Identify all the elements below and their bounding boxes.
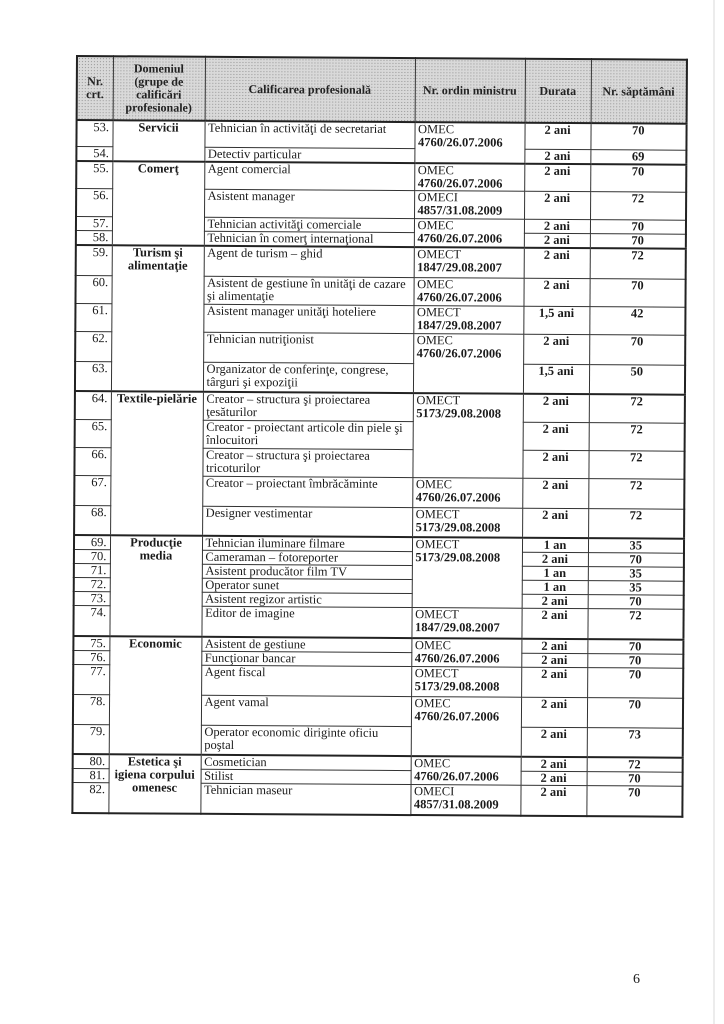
weeks-cell: 35: [588, 538, 684, 553]
order-number: 5173/29.08.2008: [416, 407, 519, 421]
weeks-cell: 72: [588, 478, 684, 509]
weeks-cell: 72: [590, 248, 686, 279]
duration-cell: 2 ani: [524, 191, 590, 219]
qualification-cell: Tehnician maseur: [200, 783, 410, 814]
order-number: 4760/26.07.2006: [417, 232, 520, 246]
row-number: 78.: [73, 694, 109, 724]
domain-cell: Textile-pielărie: [110, 391, 203, 536]
order-number: 5173/29.08.2008: [416, 521, 519, 535]
weeks-cell: 70: [589, 278, 685, 307]
order-cell: OMEC4760/26.07.2006: [411, 696, 521, 757]
domain-cell: Servicii: [112, 120, 204, 161]
duration-cell: 2 ani: [522, 552, 588, 566]
row-number: 59.: [76, 245, 112, 275]
order-cell: OMEC4760/26.07.2006: [412, 477, 522, 508]
order-number: 4760/26.07.2006: [417, 347, 520, 361]
order-cell: OMEC4760/26.07.2006: [413, 277, 523, 306]
weeks-cell: 70: [590, 220, 686, 235]
row-number: 66.: [74, 447, 110, 475]
row-number: 70.: [74, 549, 110, 563]
duration-cell: 2 ani: [522, 450, 588, 478]
order-number: 4760/26.07.2006: [417, 291, 520, 305]
weeks-cell: 70: [588, 595, 684, 610]
duration-cell: 1,5 ani: [523, 306, 589, 334]
weeks-cell: 70: [590, 164, 686, 193]
duration-cell: 1 an: [522, 566, 588, 580]
row-number: 61.: [75, 303, 111, 331]
order-cell: OMECT5173/29.08.2008: [412, 507, 522, 538]
weeks-cell: 70: [588, 553, 684, 568]
qualification-cell: Asistent de gestiune în unităţi de cazar…: [203, 276, 413, 305]
order-number: 4760/26.07.2006: [416, 491, 519, 505]
duration-cell: 2 ani: [521, 608, 587, 638]
duration-cell: 2 ani: [521, 771, 587, 785]
weeks-cell: 72: [589, 394, 685, 423]
row-number: 73.: [74, 591, 110, 605]
qualification-cell: Operator economic diriginte oficiu poşta…: [201, 725, 411, 756]
order-cell: OMEC4760/26.07.2006: [411, 638, 521, 667]
row-number: 69.: [74, 535, 110, 550]
weeks-cell: 70: [587, 772, 683, 787]
row-number: 60.: [75, 275, 111, 303]
qualification-cell: Asistent manager: [204, 189, 414, 218]
table-row: 53.ServiciiTehnician în activităţi de se…: [76, 120, 686, 150]
duration-cell: 2 ani: [521, 757, 587, 772]
row-number: 77.: [73, 664, 109, 694]
order-number: 1847/29.08.2007: [417, 319, 520, 333]
duration-cell: 2 ani: [524, 123, 590, 149]
row-number: 55.: [76, 161, 112, 189]
qualification-cell: Agent de turism – ghid: [204, 246, 414, 277]
table-row: 55.ComerţAgent comercialOMEC4760/26.07.2…: [76, 161, 686, 193]
order-cell: OMEC4760/26.07.2006: [414, 122, 524, 163]
row-number: 65.: [75, 419, 111, 447]
domain-cell: Turism şi alimentaţie: [111, 245, 204, 392]
duration-cell: 2 ani: [524, 149, 590, 164]
row-number: 62.: [75, 331, 111, 361]
row-number: 57.: [76, 217, 112, 231]
row-number: 63.: [75, 361, 111, 391]
order-type: OMEC: [417, 334, 520, 348]
row-number: 53.: [76, 120, 112, 146]
weeks-cell: 72: [587, 609, 683, 640]
weeks-cell: 72: [588, 508, 684, 539]
table-row: 64.Textile-pielărieCreator – structura ş…: [75, 391, 685, 423]
weeks-cell: 70: [586, 786, 682, 817]
qualification-cell: Agent fiscal: [201, 665, 411, 696]
duration-cell: 2 ani: [524, 233, 590, 248]
order-cell: OMEC4760/26.07.2006: [411, 756, 521, 785]
domain-cell: Producţie media: [109, 535, 202, 636]
qualifications-table: Nr. crt. Domeniul (grupe de calificări p…: [71, 55, 688, 817]
weeks-cell: 70: [587, 653, 683, 668]
row-number: 74.: [73, 605, 109, 635]
qualification-cell: Editor de imagine: [201, 606, 411, 637]
duration-cell: 2 ani: [523, 394, 589, 422]
table-row: 59.Turism şi alimentaţieAgent de turism …: [76, 245, 686, 279]
duration-cell: 2 ani: [522, 478, 588, 508]
row-number: 67.: [74, 475, 110, 505]
qualification-cell: Creator – structura şi proiectarea ţesăt…: [203, 392, 413, 421]
order-cell: OMECT1847/29.08.2007: [414, 247, 524, 278]
weeks-cell: 50: [589, 364, 685, 395]
header-nr: Nr. crt.: [77, 56, 113, 120]
duration-cell: 2 ani: [524, 248, 590, 278]
order-number: 4857/31.08.2009: [418, 204, 521, 218]
qualification-cell: Creator - proiectant articole din piele …: [203, 420, 413, 449]
duration-cell: 2 ani: [523, 334, 589, 364]
duration-cell: 2 ani: [521, 697, 587, 727]
header-duration: Durata: [525, 59, 591, 123]
row-number: 81.: [73, 768, 109, 782]
table-header-row: Nr. crt. Domeniul (grupe de calificări p…: [77, 56, 687, 124]
domain-cell: Comerţ: [112, 161, 205, 246]
document-page: Nr. crt. Domeniul (grupe de calificări p…: [0, 0, 724, 1024]
row-number: 54.: [76, 146, 112, 161]
qualification-cell: Tehnician nutriţionist: [203, 332, 413, 363]
qualification-cell: Asistent de gestiune: [201, 636, 411, 652]
weeks-cell: 69: [590, 149, 686, 164]
order-number: 5173/29.08.2008: [415, 551, 518, 565]
duration-cell: 2 ani: [523, 278, 589, 306]
weeks-cell: 72: [588, 450, 684, 479]
weeks-cell: 73: [587, 727, 683, 758]
row-number: 76.: [73, 650, 109, 664]
order-type: OMEC: [415, 639, 518, 653]
duration-cell: 1,5 ani: [523, 364, 589, 394]
row-number: 56.: [76, 189, 112, 217]
order-cell: OMECT5173/29.08.2008: [412, 537, 522, 608]
qualification-cell: Creator – proiectant îmbrăcăminte: [202, 476, 412, 507]
order-cell: OMEC4760/26.07.2006: [414, 219, 524, 248]
qualification-cell: Asistent manager unităţi hoteliere: [203, 304, 413, 333]
duration-cell: 2 ani: [521, 727, 587, 757]
qualification-cell: Creator – structura şi proiectarea trico…: [202, 448, 412, 477]
row-number: 68.: [74, 505, 110, 535]
weeks-cell: 72: [590, 192, 686, 221]
row-number: 80.: [73, 754, 109, 769]
table-body: 53.ServiciiTehnician în activităţi de se…: [72, 120, 686, 816]
duration-cell: 2 ani: [520, 785, 586, 815]
qualification-cell: Organizator de conferinţe, congrese, târ…: [203, 362, 413, 393]
row-number: 64.: [75, 391, 111, 419]
order-number: 5173/29.08.2008: [415, 680, 518, 694]
header-domain: Domeniul (grupe de calificări profesiona…: [113, 56, 205, 121]
order-number: 4760/26.07.2006: [414, 770, 517, 784]
order-cell: OMECT5173/29.08.2008: [412, 393, 523, 478]
duration-cell: 2 ani: [522, 508, 588, 538]
row-number: 82.: [72, 782, 108, 812]
duration-cell: 2 ani: [521, 667, 587, 697]
order-type: OMEC: [418, 164, 521, 178]
scan-edge-line: [713, 0, 715, 1024]
order-cell: OMECT1847/29.08.2007: [413, 305, 523, 334]
weeks-cell: 70: [587, 639, 683, 654]
order-number: 4760/26.07.2006: [418, 136, 521, 150]
row-number: 79.: [73, 724, 109, 754]
duration-cell: 1 an: [522, 580, 588, 594]
order-type: OMECT: [415, 667, 518, 681]
domain-cell: Estetica şi igiena corpului omenesc: [108, 754, 200, 813]
header-qualification: Calificarea profesională: [205, 57, 415, 122]
order-cell: OMEC4760/26.07.2006: [414, 163, 524, 192]
qualification-cell: Designer vestimentar: [202, 506, 412, 537]
row-number: 72.: [74, 577, 110, 591]
header-weeks: Nr. săptămâni: [591, 59, 687, 124]
order-number: 1847/29.08.2007: [417, 261, 520, 275]
duration-cell: 2 ani: [521, 638, 587, 653]
qualification-cell: Funcţionar bancar: [201, 651, 411, 666]
qualification-cell: Agent comercial: [204, 161, 414, 190]
weeks-cell: 70: [587, 697, 683, 728]
order-cell: OMECI4857/31.08.2009: [414, 191, 524, 220]
order-number: 4760/26.07.2006: [418, 177, 521, 191]
order-cell: OMECT1847/29.08.2007: [411, 608, 521, 639]
order-cell: OMEC4760/26.07.2006: [413, 333, 523, 394]
weeks-cell: 72: [589, 422, 685, 451]
header-order: Nr. ordin ministru: [415, 58, 525, 123]
row-number: 71.: [74, 563, 110, 577]
row-number: 75.: [73, 635, 109, 650]
order-number: 4760/26.07.2006: [415, 652, 518, 666]
weeks-cell: 70: [587, 667, 683, 698]
qualification-cell: Tehnician în comerţ internaţional: [204, 231, 414, 247]
weeks-cell: 70: [590, 234, 686, 249]
order-type: OMECT: [416, 508, 519, 522]
row-number: 58.: [76, 231, 112, 246]
duration-cell: 1 an: [522, 538, 588, 553]
qualification-cell: Tehnician în activităţi de secretariat: [204, 121, 414, 148]
weeks-cell: 35: [588, 567, 684, 582]
weeks-cell: 72: [587, 757, 683, 772]
order-type: OMEC: [415, 697, 518, 711]
order-cell: OMECT5173/29.08.2008: [411, 666, 521, 697]
page-number: 6: [633, 972, 640, 988]
domain-cell: Economic: [109, 636, 202, 755]
qualification-cell: Agent vamal: [201, 695, 411, 726]
order-type: OMECT: [417, 306, 520, 320]
order-number: 4857/31.08.2009: [414, 798, 517, 812]
duration-cell: 2 ani: [523, 422, 589, 450]
weeks-cell: 70: [589, 334, 685, 365]
order-number: 1847/29.08.2007: [415, 621, 518, 635]
qualification-cell: Detectiv particular: [204, 147, 414, 163]
weeks-cell: 35: [588, 581, 684, 596]
order-type: OMEC: [416, 478, 519, 492]
weeks-cell: 70: [590, 123, 686, 150]
duration-cell: 2 ani: [524, 163, 590, 191]
weeks-cell: 42: [589, 306, 685, 335]
duration-cell: 2 ani: [521, 653, 587, 667]
duration-cell: 2 ani: [522, 594, 588, 608]
order-number: 4760/26.07.2006: [414, 710, 517, 724]
order-type: OMEC: [417, 278, 520, 292]
order-cell: OMECI4857/31.08.2009: [410, 785, 520, 816]
duration-cell: 2 ani: [524, 219, 590, 233]
